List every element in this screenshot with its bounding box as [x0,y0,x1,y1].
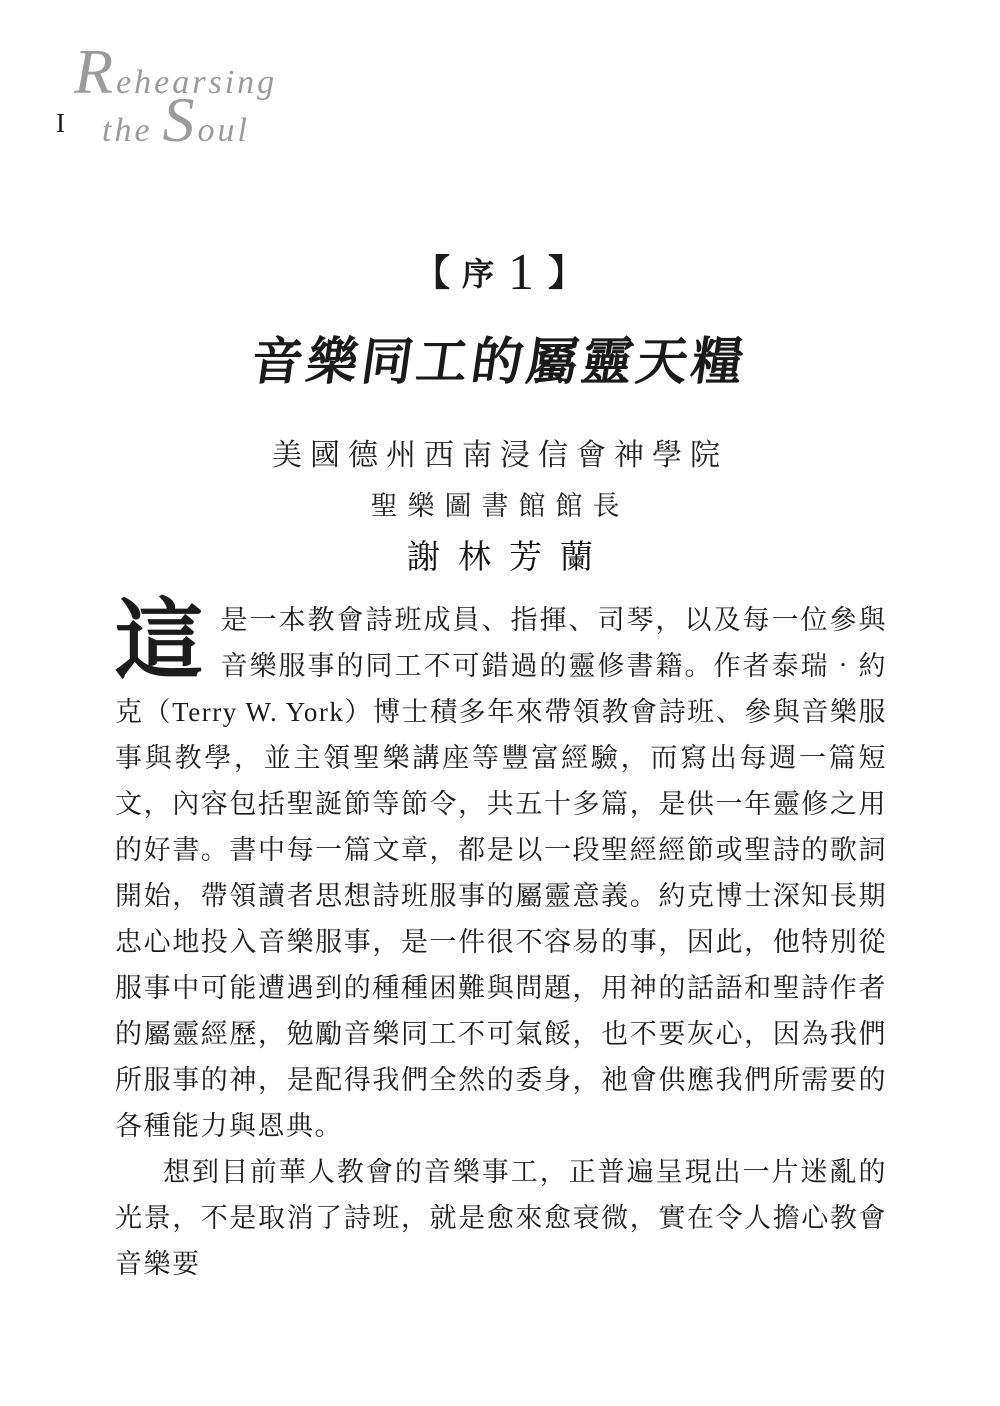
dropcap-character: 這 [115,597,221,687]
lenticular-bracket-open: 【 [414,253,452,293]
lenticular-bracket-close: 】 [548,253,586,293]
body-paragraph-2: 想到目前華人教會的音樂事工，正普遍呈現出一片迷亂的光景，不是取消了詩班，就是愈來… [115,1149,887,1287]
script-title-line-2: the Soul [102,94,310,150]
paragraph-2-text: 想到目前華人教會的音樂事工，正普遍呈現出一片迷亂的光景，不是取消了詩班，就是愈來… [115,1157,887,1279]
body-paragraph-1: 這 是一本教會詩班成員、指揮、司琴，以及每一位參與音樂服事的同工不可錯過的靈修書… [115,597,887,1149]
page-title: 音樂同工的屬靈天糧 [0,320,1000,394]
section-prefix: 序 [462,256,496,292]
book-page: I Rehearsing the Soul 【 序 1 】 音樂同工的屬靈天糧 … [0,0,1000,1406]
author-position: 聖樂圖書館館長 [0,484,1000,523]
section-label: 【 序 1 】 [0,243,1000,302]
author-institution: 美國德州西南浸信會神學院 [0,430,1000,474]
script-word-the: the [102,112,153,150]
running-header: I Rehearsing the Soul [50,46,310,150]
body-text: 這 是一本教會詩班成員、指揮、司琴，以及每一位參與音樂服事的同工不可錯過的靈修書… [115,597,887,1287]
paragraph-1-text: 是一本教會詩班成員、指揮、司琴，以及每一位參與音樂服事的同工不可錯過的靈修書籍。… [115,605,887,1141]
author-block: 美國德州西南浸信會神學院 聖樂圖書館館長 謝林芳蘭 [0,430,1000,578]
section-number: 1 [508,244,536,301]
script-word-soul: Soul [163,94,250,150]
page-number: I [56,108,65,139]
author-name: 謝林芳蘭 [0,531,1000,578]
